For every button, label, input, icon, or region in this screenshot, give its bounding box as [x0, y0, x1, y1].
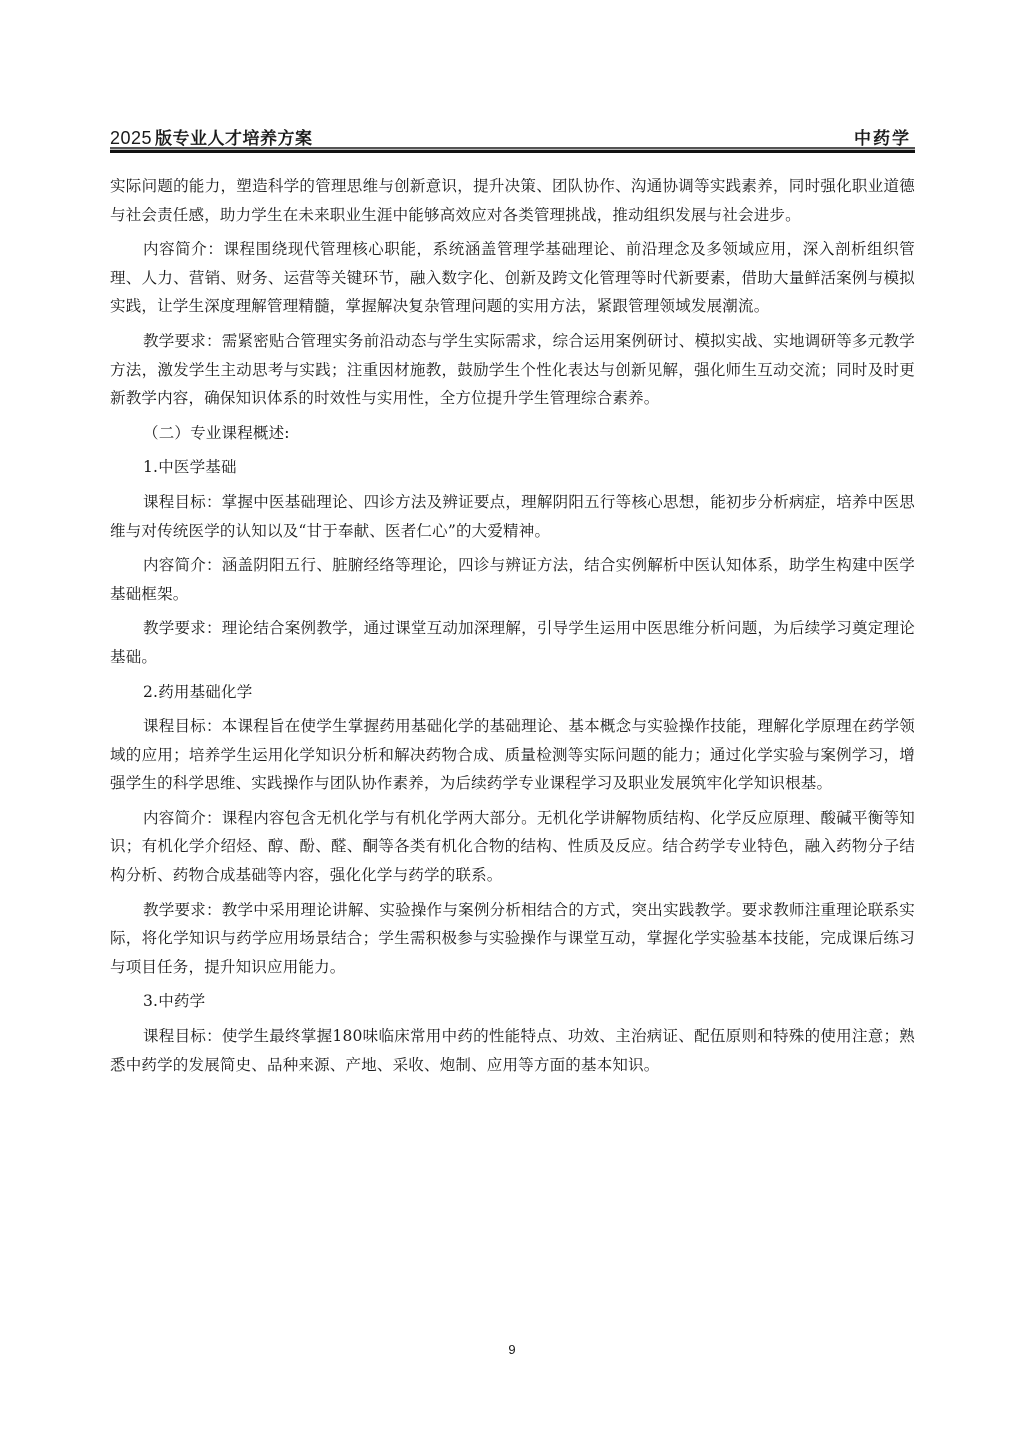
document-title-text: 版专业人才培养方案 — [155, 129, 313, 149]
document-year: 2025 — [110, 128, 152, 148]
paragraph-teaching-requirements: 教学要求：教学中采用理论讲解、实验操作与案例分析相结合的方式，突出实践教学。要求… — [110, 896, 915, 982]
course-heading-tcm-basics: 1.中医学基础 — [110, 453, 915, 482]
header-divider — [110, 147, 915, 154]
course-heading-pharma-chemistry: 2.药用基础化学 — [110, 678, 915, 707]
paragraph-course-goal: 课程目标：掌握中医基础理论、四诊方法及辨证要点，理解阴阳五行等核心思想，能初步分… — [110, 488, 915, 545]
header-divider-thick — [110, 150, 915, 153]
course-heading-chinese-materia-medica: 3.中药学 — [110, 987, 915, 1016]
paragraph-content-intro: 内容简介：课程内容包含无机化学与有机化学两大部分。无机化学讲解物质结构、化学反应… — [110, 804, 915, 890]
paragraph-course-goal: 课程目标：使学生最终掌握180味临床常用中药的性能特点、功效、主治病证、配伍原则… — [110, 1022, 915, 1079]
paragraph-content-intro: 内容简介：涵盖阴阳五行、脏腑经络等理论，四诊与辨证方法，结合实例解析中医认知体系… — [110, 551, 915, 608]
paragraph-teaching-requirements: 教学要求：需紧密贴合管理实务前沿动态与学生实际需求，综合运用案例研讨、模拟实战、… — [110, 327, 915, 413]
page-number: 9 — [0, 1342, 1024, 1357]
paragraph-teaching-requirements: 教学要求：理论结合案例教学，通过课堂互动加深理解，引导学生运用中医思维分析问题，… — [110, 614, 915, 671]
subject-label: 中药学 — [854, 124, 911, 149]
paragraph-continuation: 实际问题的能力，塑造科学的管理思维与创新意识，提升决策、团队协作、沟通协调等实践… — [110, 172, 915, 229]
section-heading: （二）专业课程概述: — [110, 419, 915, 448]
page-header: 2025版专业人才培养方案 中药学 — [110, 124, 915, 148]
paragraph-content-intro: 内容简介：课程围绕现代管理核心职能，系统涵盖管理学基础理论、前沿理念及多领域应用… — [110, 235, 915, 321]
paragraph-course-goal: 课程目标：本课程旨在使学生掌握药用基础化学的基础理论、基本概念与实验操作技能，理… — [110, 712, 915, 798]
document-body: 实际问题的能力，塑造科学的管理思维与创新意识，提升决策、团队协作、沟通协调等实践… — [110, 172, 915, 1085]
document-title: 2025版专业人才培养方案 — [110, 124, 313, 149]
